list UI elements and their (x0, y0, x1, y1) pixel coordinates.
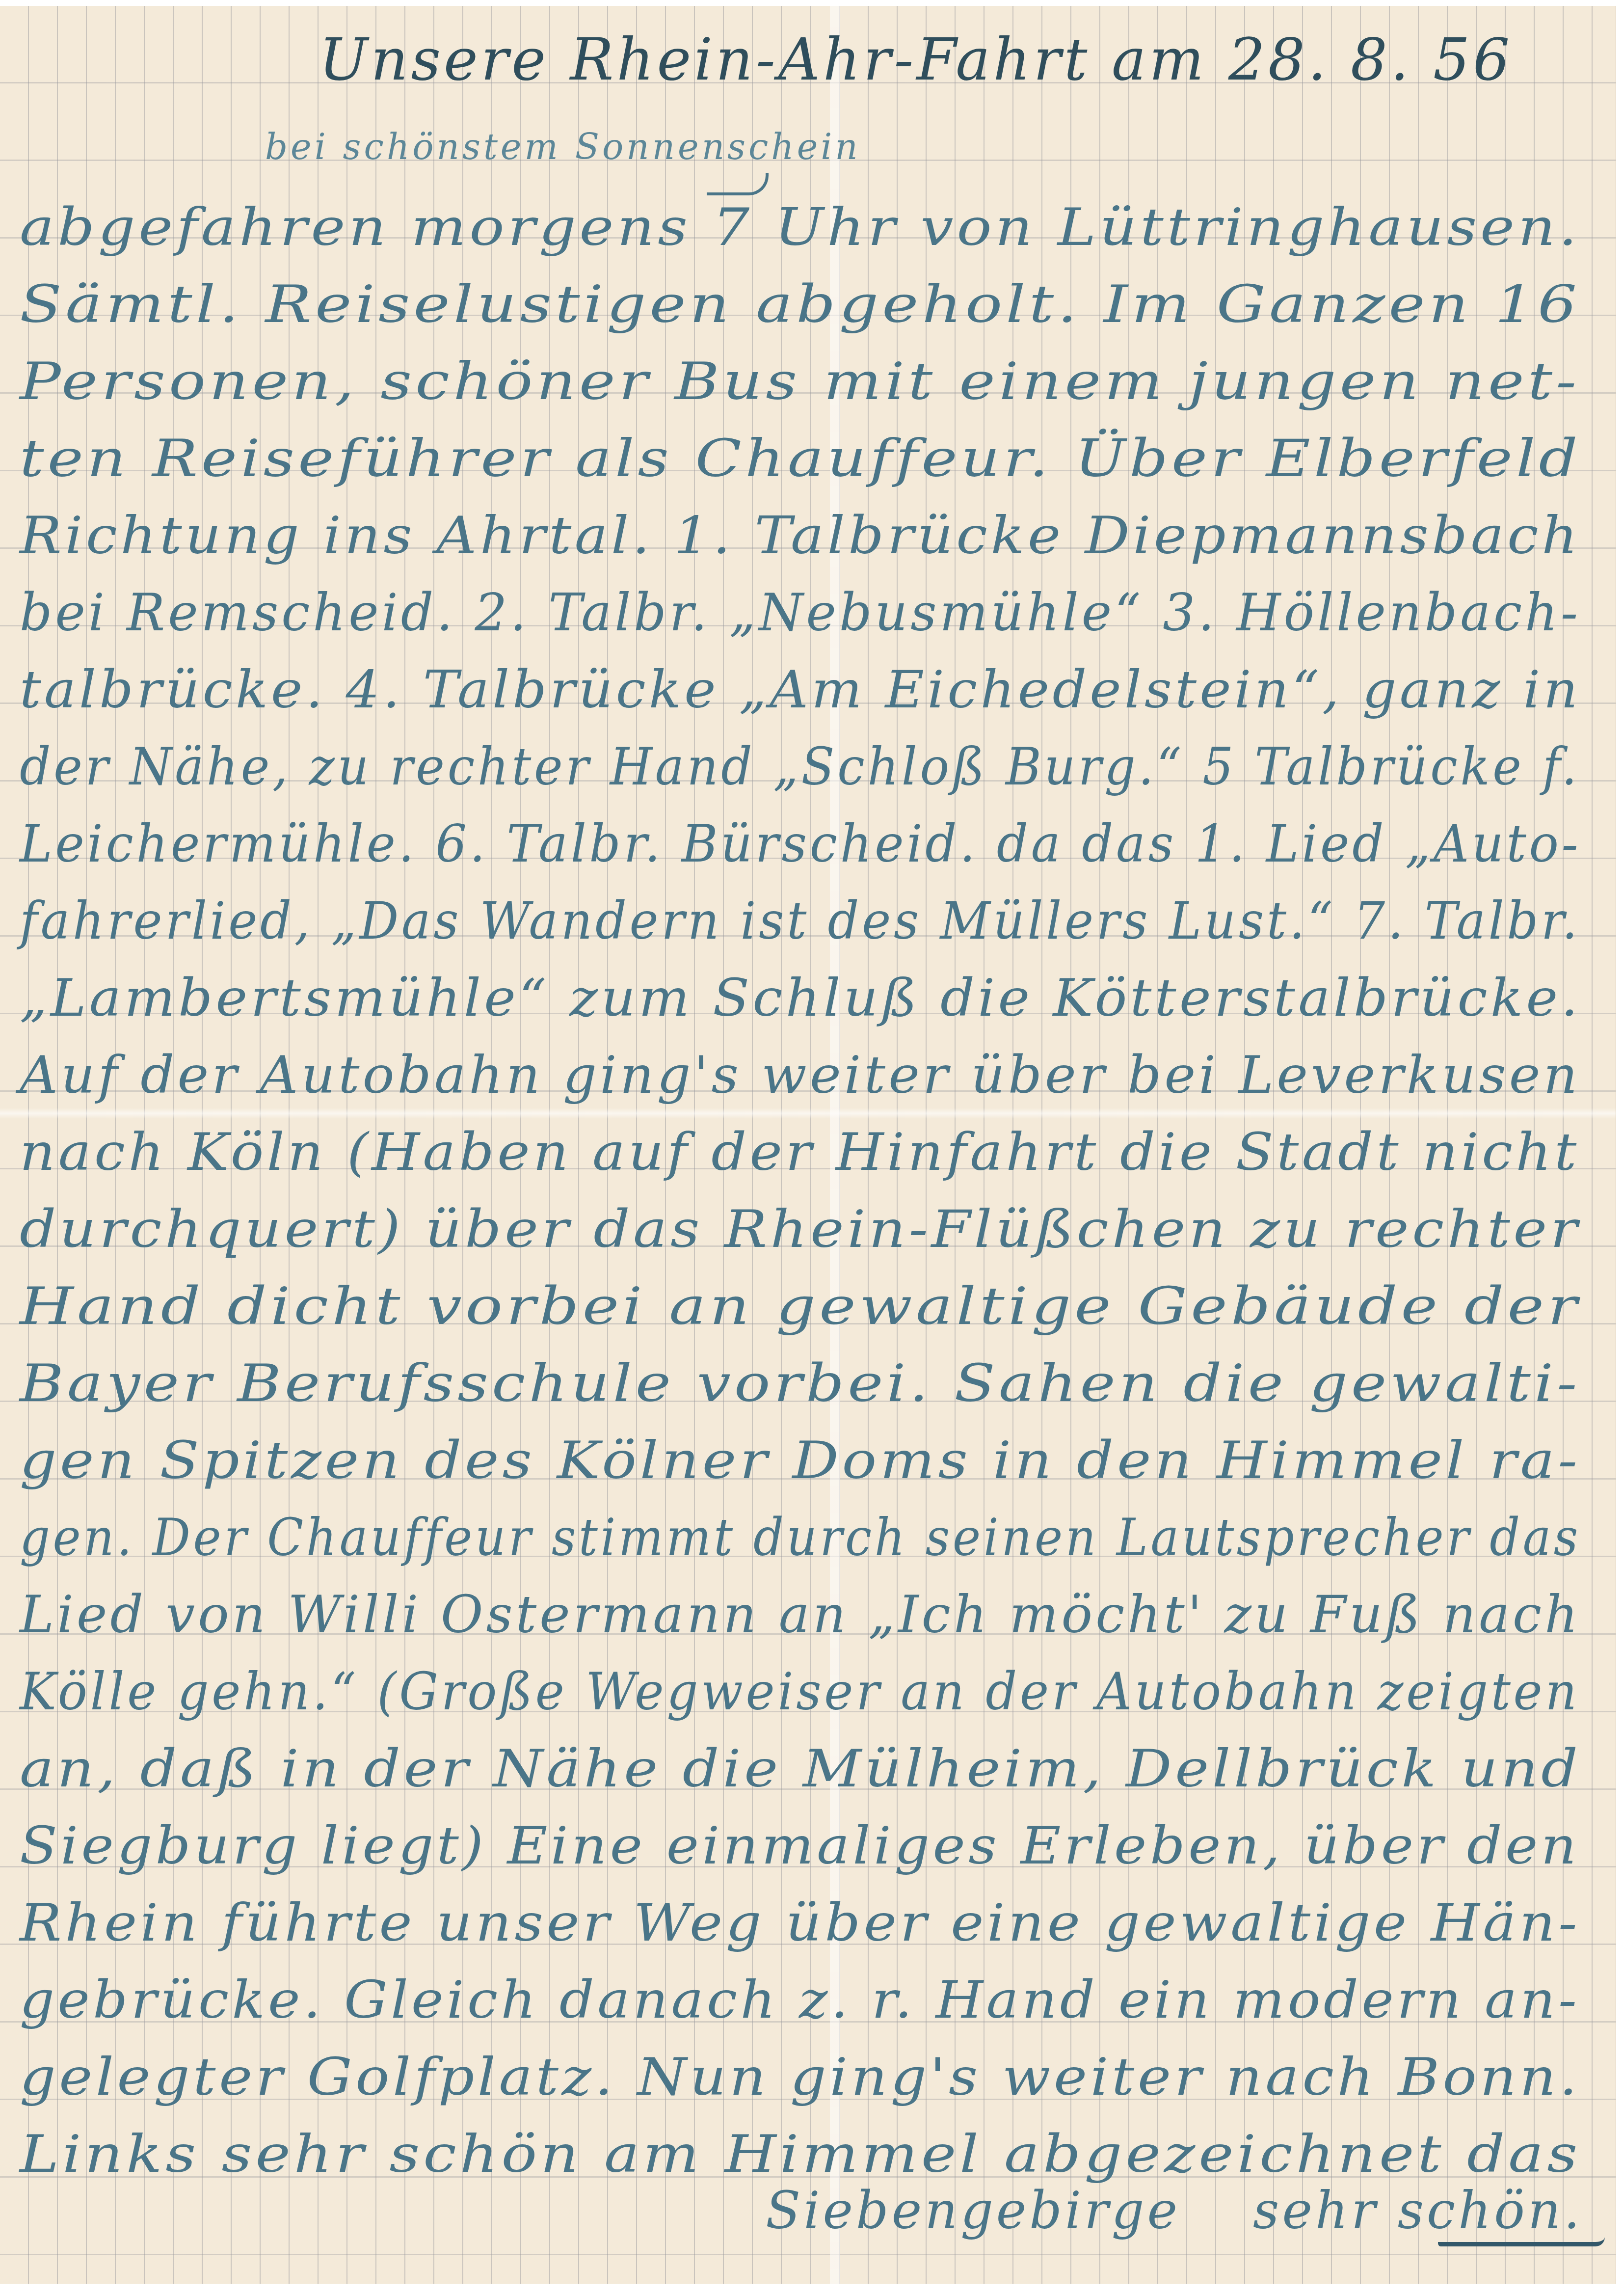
body-line-20: Kölle gehn.“ (Große Wegweiser an der Aut… (20, 1662, 1580, 1722)
body-line-16: Bayer Berufsschule vorbei. Sahen die gew… (20, 1353, 1580, 1413)
body-line-3: Personen, schöner Bus mit einem jungen n… (20, 351, 1580, 411)
closing-emphasis: sehr schön. (1253, 2181, 1583, 2241)
emphasis-underline (1438, 2237, 1605, 2246)
body-line-5: Richtung ins Ahrtal. 1. Talbrücke Diepma… (20, 506, 1581, 566)
closing-text: Siebengebirge (766, 2181, 1180, 2241)
body-line-23: Rhein führte unser Weg über eine gewalti… (20, 1893, 1580, 1953)
body-line-6: bei Remscheid. 2. Talbr. „Nebusmühle“ 3.… (20, 583, 1581, 643)
title-insertion: bei schönstem Sonnenschein (265, 126, 861, 167)
insertion-bracket-mark (707, 173, 769, 195)
body-line-13: nach Köln (Haben auf der Hinfahrt die St… (20, 1122, 1580, 1182)
body-line-4: ten Reiseführer als Chauffeur. Über Elbe… (20, 429, 1581, 488)
body-line-22: Siegburg liegt) Eine einmaliges Erleben,… (20, 1816, 1579, 1876)
body-line-18: gen. Der Chauffeur stimmt durch seinen L… (20, 1508, 1581, 1567)
body-line-26: Links sehr schön am Himmel abgezeichnet … (20, 2124, 1581, 2184)
body-line-24: gebrücke. Gleich danach z. r. Hand ein m… (20, 1970, 1580, 2030)
closing-line: Siebengebirge sehr schön. (766, 2181, 1583, 2241)
body-line-10: fahrerlied, „Das Wandern ist des Müllers… (20, 891, 1580, 951)
body-line-2: Sämtl. Reiselustigen abgeholt. Im Ganzen… (20, 274, 1580, 334)
body-line-8: der Nähe, zu rechter Hand „Schloß Burg.“… (20, 737, 1580, 797)
letter-page: Unsere Rhein-Ahr-Fahrt am 28. 8. 56 bei … (0, 6, 1616, 2284)
paper-fold-horizontal (0, 1108, 1616, 1119)
body-line-9: Leichermühle. 6. Talbr. Bürscheid. da da… (20, 814, 1581, 874)
body-line-12: Auf der Autobahn ging's weiter über bei … (20, 1045, 1580, 1105)
body-line-14: durchquert) über das Rhein-Flüßchen zu r… (20, 1199, 1581, 1259)
body-line-7: talbrücke. 4. Talbrücke „Am Eichedelstei… (20, 660, 1581, 720)
body-line-21: an, daß in der Nähe die Mülheim, Dellbrü… (20, 1739, 1581, 1799)
body-line-25: gelegter Golfplatz. Nun ging's weiter na… (20, 2047, 1580, 2107)
letter-title: Unsere Rhein-Ahr-Fahrt am 28. 8. 56 (319, 26, 1513, 93)
body-line-15: Hand dicht vorbei an gewaltige Gebäude d… (20, 1276, 1581, 1336)
body-line-1: abgefahren morgens 7 Uhr von Lüttringhau… (20, 197, 1580, 257)
body-line-17: gen Spitzen des Kölner Doms in den Himme… (20, 1431, 1581, 1490)
body-line-19: Lied von Willi Ostermann an „Ich möcht' … (20, 1585, 1581, 1645)
body-line-11: „Lambertsmühle“ zum Schluß die Köttersta… (20, 968, 1581, 1028)
